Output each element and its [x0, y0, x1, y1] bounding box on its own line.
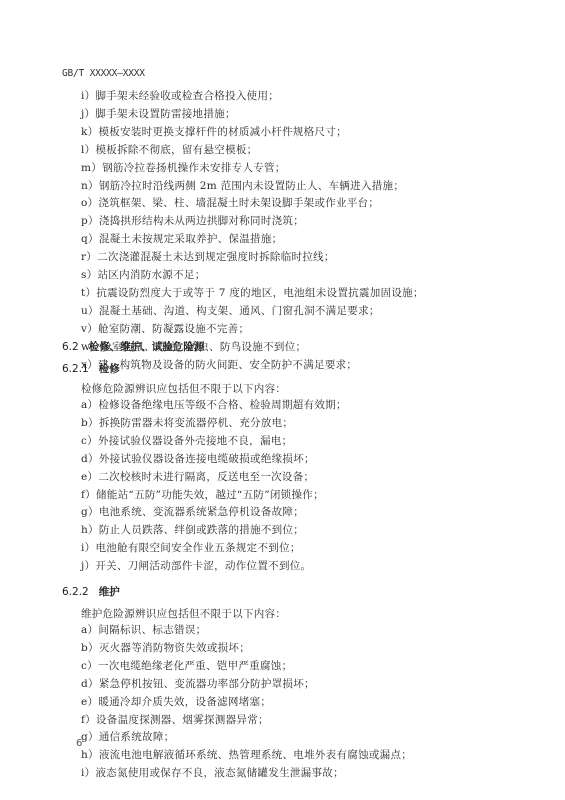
item-text: 脚手架未设置防雷接地措施； — [95, 108, 235, 120]
section-heading-6-2: 6.2检修、维护、试验危险源 — [62, 339, 204, 354]
item-label: a） — [81, 399, 98, 411]
list-item: q）混凝土未按规定采取养护、保温措施； — [81, 233, 282, 245]
list-item: v）舱室防潮、防凝露设施不完善； — [81, 323, 249, 335]
item-label: e） — [81, 696, 98, 708]
item-text: 暖通冷却介质失效，设备滤网堵塞； — [98, 696, 271, 708]
list-item: c）外接试验仪器设备外壳接地不良，漏电； — [81, 435, 292, 447]
list-item: a）间隔标识、标志错误； — [81, 624, 206, 636]
list-item: f）储能站“五防”功能失效，越过“五防”闭锁操作； — [81, 489, 324, 501]
item-label: h） — [81, 524, 99, 536]
list-item: n）钢筋冷拉时沿线两侧 2m 范围内未设置防止人、车辆进入措施； — [81, 180, 404, 192]
item-label: o） — [81, 197, 98, 209]
item-label: f） — [81, 714, 96, 726]
item-label: n） — [81, 180, 99, 192]
item-label: g） — [81, 731, 99, 743]
list-item: i）液态氮使用或保存不良，液态氮储罐发生泄漏事故； — [81, 767, 344, 779]
item-label: b） — [81, 642, 99, 654]
section-intro: 维护危险源辨识应包括但不限于以下内容： — [81, 606, 286, 621]
list-item: p）浇捣拱形结构未从两边拱脚对称同时浇筑； — [81, 215, 304, 227]
item-label: u） — [81, 305, 99, 317]
item-label: j） — [81, 560, 95, 572]
item-label: r） — [81, 251, 97, 263]
list-item: a）检修设备绝缘电压等级不合格、检验周期超有效期； — [81, 399, 347, 411]
item-text: 电池舱有限空间安全作业五条规定不到位； — [95, 542, 300, 554]
list-item: r）二次浇灌混凝土未达到规定强度时拆除临时拉线； — [81, 251, 335, 263]
item-text: 模板安装时更换支撑杆件的材质减小杆件规格尺寸； — [98, 126, 346, 138]
list-item: u）混凝土基础、沟道、构支架、通风、门窗孔洞不满足要求； — [81, 305, 380, 317]
list-item: g）电池系统、变流器系统紧急停机设备故障； — [81, 506, 304, 518]
item-text: 钢筋冷拉时沿线两侧 2m 范围内未设置防止人、车辆进入措施； — [99, 180, 404, 192]
section-title: 检修、维护、试验危险源 — [89, 341, 205, 353]
item-text: 二次浇灌混凝土未达到规定强度时拆除临时拉线； — [97, 251, 335, 263]
item-text: 灭火器等消防物资失效或损坏； — [99, 642, 250, 654]
item-label: s） — [81, 269, 98, 281]
item-text: 混凝土未按规定采取养护、保温措施； — [99, 233, 283, 245]
item-text: 电池系统、变流器系统紧急停机设备故障； — [99, 506, 304, 518]
list-item: h）液流电池电解液循环系统、热管理系统、电堆外表有腐蚀或漏点； — [81, 749, 412, 761]
standard-code-header: GB/T XXXXX—XXXX — [62, 68, 145, 79]
list-item: k）模板安装时更换支撑杆件的材质减小杆件规格尺寸； — [81, 126, 347, 138]
item-text: 舱室防潮、防凝露设施不完善； — [98, 323, 249, 335]
item-text: 防止人员跌落、绊倒或跌落的措施不到位； — [99, 524, 304, 536]
item-text: 设备温度探测器、烟雾探测器异常； — [96, 714, 269, 726]
list-item: o）浇筑框架、梁、柱、墙混凝土时未架设脚手架或作业平台； — [81, 197, 379, 209]
section-number: 6.2 — [62, 341, 79, 353]
item-label: g） — [81, 506, 99, 518]
item-label: i） — [81, 90, 95, 102]
page-number: 6 — [76, 738, 82, 749]
list-item: i）脚手架未经验收或检查合格投入使用； — [81, 90, 279, 102]
item-text: 间隔标识、标志错误； — [98, 624, 206, 636]
item-text: 浇筑框架、梁、柱、墙混凝土时未架设脚手架或作业平台； — [98, 197, 379, 209]
list-item: b）拆换防雷器未将变流器停机、充分放电； — [81, 417, 293, 429]
section-number: 6.2.2 — [62, 586, 89, 598]
list-item: c）一次电缆绝缘老化严重、铠甲严重腐蚀； — [81, 660, 292, 672]
item-text: 抗震设防烈度大于或等于 7 度的地区，电池组未设置抗震加固设施； — [96, 287, 423, 299]
item-label: f） — [81, 489, 96, 501]
list-item: j）开关、刀闸活动部件卡涩，动作位置不到位。 — [81, 560, 311, 572]
item-text: 浇捣拱形结构未从两边拱脚对称同时浇筑； — [99, 215, 304, 227]
item-text: 二次校核时未进行隔离，反送电至一次设备； — [98, 471, 314, 483]
list-item: h）防止人员跌落、绊倒或跌落的措施不到位； — [81, 524, 304, 536]
list-item: g）通信系统故障； — [81, 731, 174, 743]
item-text: 检修设备绝缘电压等级不合格、检验周期超有效期； — [98, 399, 346, 411]
list-item: x）建、构筑物及设备的防火间距、安全防护不满足要求； — [81, 359, 357, 371]
item-label: h） — [81, 749, 99, 761]
item-text: 开关、刀闸活动部件卡涩，动作位置不到位。 — [95, 560, 311, 572]
item-text: 模板拆除不彻底，留有悬空模板； — [95, 144, 257, 156]
section-heading-6-2-1: 6.2.1检修 — [62, 361, 120, 376]
section-title: 检修 — [99, 363, 120, 375]
list-item: d）紧急停机按钮、变流器功率部分防护罩损坏； — [81, 678, 315, 690]
item-label: i） — [81, 767, 95, 779]
item-text: 钢筋冷拉卷扬机操作未安排专人专管； — [102, 162, 286, 174]
item-label: e） — [81, 471, 98, 483]
item-text: 拆换防雷器未将变流器停机、充分放电； — [99, 417, 293, 429]
item-label: i） — [81, 542, 95, 554]
item-label: d） — [81, 453, 99, 465]
item-label: b） — [81, 417, 99, 429]
item-text: 混凝土基础、沟道、构支架、通风、门窗孔洞不满足要求； — [99, 305, 380, 317]
list-item: e）暖通冷却介质失效，设备滤网堵塞； — [81, 696, 271, 708]
list-item: i）电池舱有限空间安全作业五条规定不到位； — [81, 542, 301, 554]
item-label: d） — [81, 678, 99, 690]
document-page: GB/T XXXXX—XXXX i）脚手架未经验收或检查合格投入使用； j）脚手… — [0, 0, 565, 800]
item-text: 液流电池电解液循环系统、热管理系统、电堆外表有腐蚀或漏点； — [99, 749, 412, 761]
list-item: s）站区内消防水源不足； — [81, 269, 206, 281]
item-label: c） — [81, 660, 98, 672]
section-number: 6.2.1 — [62, 363, 89, 375]
list-item: l）模板拆除不彻底，留有悬空模板； — [81, 144, 257, 156]
item-label: j） — [81, 108, 95, 120]
item-text: 脚手架未经验收或检查合格投入使用； — [95, 90, 279, 102]
item-text: 一次电缆绝缘老化严重、铠甲严重腐蚀； — [98, 660, 292, 672]
item-text: 外接试验仪器设备外壳接地不良，漏电； — [98, 435, 292, 447]
item-text: 站区内消防水源不足； — [98, 269, 206, 281]
item-text: 通信系统故障； — [99, 731, 175, 743]
item-label: c） — [81, 435, 98, 447]
item-text: 建、构筑物及设备的防火间距、安全防护不满足要求； — [98, 359, 357, 371]
item-label: q） — [81, 233, 99, 245]
section-intro: 检修危险源辨识应包括但不限于以下内容： — [81, 381, 286, 396]
item-label: m） — [81, 162, 102, 174]
item-text: 储能站“五防”功能失效，越过“五防”闭锁操作； — [96, 489, 324, 501]
list-item: b）灭火器等消防物资失效或损坏； — [81, 642, 250, 654]
list-item: t）抗震设防烈度大于或等于 7 度的地区，电池组未设置抗震加固设施； — [81, 287, 424, 299]
list-item: m）钢筋冷拉卷扬机操作未安排专人专管； — [81, 162, 286, 174]
item-label: p） — [81, 215, 99, 227]
item-label: k） — [81, 126, 98, 138]
section-heading-6-2-2: 6.2.2维护 — [62, 584, 120, 599]
item-text: 紧急停机按钮、变流器功率部分防护罩损坏； — [99, 678, 315, 690]
section-title: 维护 — [99, 586, 120, 598]
item-label: a） — [81, 624, 98, 636]
list-item: e）二次校核时未进行隔离，反送电至一次设备； — [81, 471, 314, 483]
item-label: v） — [81, 323, 98, 335]
item-label: t） — [81, 287, 96, 299]
item-text: 外接试验仪器设备连接电缆破损或绝缘损坏； — [99, 453, 315, 465]
list-item: f）设备温度探测器、烟雾探测器异常； — [81, 714, 269, 726]
list-item: j）脚手架未设置防雷接地措施； — [81, 108, 236, 120]
list-item: d）外接试验仪器设备连接电缆破损或绝缘损坏； — [81, 453, 315, 465]
item-text: 液态氮使用或保存不良，液态氮储罐发生泄漏事故； — [95, 767, 343, 779]
item-label: l） — [81, 144, 95, 156]
